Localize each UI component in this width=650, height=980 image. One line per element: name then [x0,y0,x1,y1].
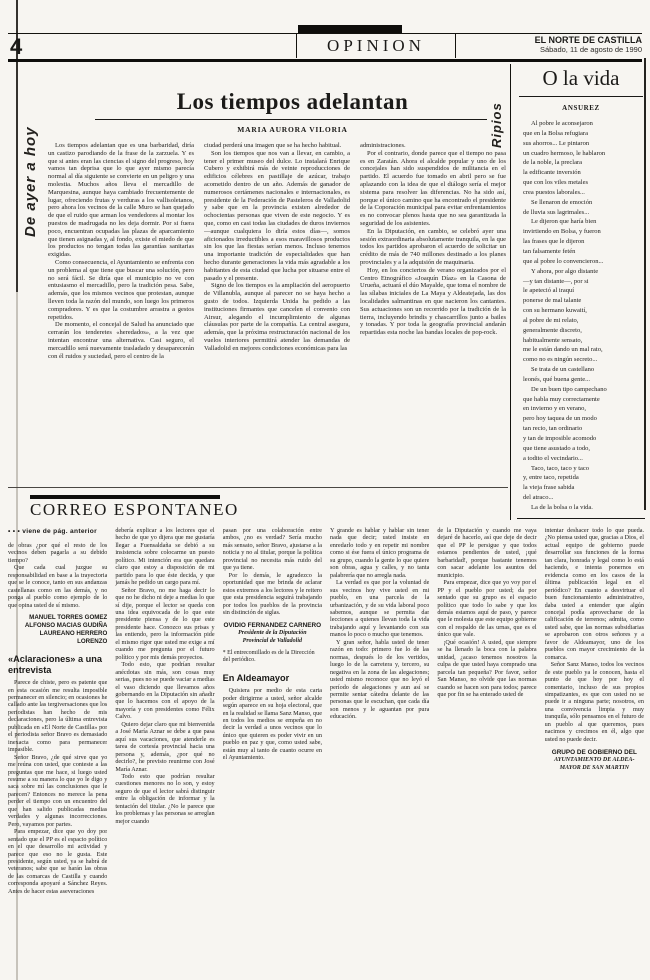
poem-line: ponerse de mal talante [523,296,645,306]
letter-paragraph: pasan por una colaboración entre ambos, … [223,527,322,572]
letter-paragraph: de la Diputación y cuando me vaya dejaré… [437,527,536,579]
poem-line: las frases que le dijeron [523,237,645,247]
letters-header-bar [30,495,220,499]
poem-line: un cuadro hermoso, le hablaron [523,149,645,159]
section-title: OPINION [327,36,425,56]
poem-line: al pobre de mi relato, [523,316,645,326]
letter-subhead: En Aldeamayor [223,673,322,684]
letter-paragraph: Señor Sanz Manso, todos los vecinos de e… [545,661,644,743]
letter-paragraph: Señor Bravo, ¿de qué sirve que yo me reú… [8,754,107,829]
article-paragraph: Los tiempos adelantan que es una barbari… [48,142,194,259]
letter-subhead: «Aclaraciones» a una entrevista [8,654,107,675]
signature-line: ALFONSO MACIAS GUDIÑA [8,622,107,630]
letter-signature: GRUPO DE GOBIERNO DELAYUNTAMIENTO DE ALD… [545,749,644,772]
verse-title: O la vida [517,66,645,91]
article-paragraph: En la Diputación, en cambio, se celebró … [360,228,506,267]
continued-from-note: • • • viene de pág. anterior [8,528,107,535]
header-black-bar [298,25,402,33]
poem-line: Al pobre le aconsejaron [523,119,645,129]
poem-line: a todito el vecindario... [523,454,645,464]
poem-line: leonés, qué buena gente... [523,375,645,385]
poem: Al pobre le aconsejaronque en la Bolsa r… [517,119,645,513]
article-paragraph: Por el contrario, donde parece que el ti… [360,150,506,228]
poem-line: que en la Bolsa refugiara [523,129,645,139]
letter-paragraph: Parece de chiste, pero es patente que en… [8,679,107,754]
signature-line: OVIDIO FERNANDEZ CARNERO [223,622,322,630]
letter-paragraph: debería explicar a los lectores que el h… [115,527,214,587]
article-body: Los tiempos adelantan que es una barbari… [48,142,506,484]
verse-bottom-rule [517,518,645,519]
poem-line: —y tan distante—, por si [523,277,645,287]
letter-paragraph: Todo esto, que podrían resultar anécdota… [115,661,214,721]
poem-line: crea puestos laborales... [523,188,645,198]
article-column-1: Los tiempos adelantan que es una barbari… [48,142,194,484]
article-paragraph: De momento, el concejal de Salud ha anun… [48,321,194,360]
poem-line: pero hoy taquea de un modo [523,414,645,424]
issue-date: Sábado, 11 de agosto de 1990 [535,45,642,54]
poem-line: generalmente discreto, [523,326,645,336]
signature-line: Provincial de Valladolid [223,638,322,645]
poem-line: Le dijeron que haría bien [523,217,645,227]
letter-paragraph: Y gran señor, habla usted de tener razón… [330,639,429,721]
poem-line: la edificante inversión [523,168,645,178]
letters-column-3: pasan por una colaboración entre ambos, … [223,527,322,975]
poem-line: con su hermano kuwaití, [523,306,645,316]
poem-line: la vieja frase sabida [523,483,645,493]
verse-title-rule [519,96,643,97]
poem-line: tan recio, tan ordinario [523,424,645,434]
section-title-box: OPINION [296,34,456,58]
poem-line: que al pobre lo convencieron... [523,257,645,267]
poem-line: y tan de imposible acomodo [523,434,645,444]
poem-line: Se trata de un castellano [523,365,645,375]
article-byline: MARIA AURORA VILORIA [100,125,485,134]
page-number: 4 [10,34,22,60]
article-paragraph: administraciones. [360,142,506,150]
poem-line: y, entre taco, repetida [523,473,645,483]
letters-column-2: debería explicar a los lectores que el h… [115,527,214,975]
newspaper-page: 4 OPINION EL NORTE DE CASTILLA Sábado, 1… [0,0,650,980]
letters-column-1: • • • viene de pág. anteriorde obras ¿po… [8,527,107,975]
letter-signature: OVIDIO FERNANDEZ CARNEROPresidente de la… [223,622,322,645]
letter-paragraph: de obras ¿por qué el resto de los vecino… [8,542,107,564]
vertical-label-de-ayer-a-hoy: De ayer a hoy [22,92,39,237]
poem-line: que con los viles metales [523,178,645,188]
letter-paragraph: Quiero dejar claro que mi bienvenida a J… [115,721,214,773]
poem-line: Se llenaron de emoción [523,198,645,208]
letter-signature: MANUEL TORRES GOMEZALFONSO MACIAS GUDIÑA… [8,614,107,646]
signature-line: GRUPO DE GOBIERNO DEL [545,749,644,757]
letter-paragraph: Todo esto que podrían resultar cuestione… [115,773,214,825]
article-column-3: administraciones.Por el contrario, donde… [360,142,506,484]
letters-column-5: de la Diputación y cuando me vaya dejaré… [437,527,536,975]
letter-paragraph: Quisiera por medio de esta carta poder d… [223,687,322,762]
article-column-2: ciudad perderá una imagen que se ha hech… [204,142,350,484]
poem-line: me le están dando un mal rato, [523,345,645,355]
letters-section-title: CORREO ESPONTANEO [30,500,239,520]
letter-paragraph: Para empezar, dice que yo voy por el PP … [437,579,536,639]
poem-line: La de la bolsa o la vida. [523,503,645,513]
letter-paragraph: Señor Bravo, no me haga decir lo que no … [115,587,214,662]
article-paragraph: ciudad perderá una imagen que se ha hech… [204,142,350,150]
article-paragraph: Signo de los tiempos es la ampliación de… [204,282,350,352]
letters-column-6: intentar deshacer todo lo que pueda. ¿No… [545,527,644,975]
signature-line: Presidente de la Diputación [223,630,322,637]
poem-line: invirtiendo en Bolsa, y fueron [523,227,645,237]
article-title: Los tiempos adelantan [100,89,485,115]
poem-line: habitualmente sensato, [523,336,645,346]
poem-line: en invierno y en verano, [523,404,645,414]
poem-line: como no es ningún secreto... [523,355,645,365]
article-paragraph: Son los tiempos que nos van a llevar, en… [204,150,350,283]
poem-line: de la noble, la preclara [523,158,645,168]
letters-body: • • • viene de pág. anteriorde obras ¿po… [8,527,644,975]
letter-paragraph: Para empezar, dice que yo doy por sentad… [8,828,107,895]
poem-line: que tiene asustado a todo, [523,444,645,454]
signature-line: MANUEL TORRES GOMEZ [8,614,107,622]
signature-line: MAYOR DE SAN MARTIN [545,765,644,772]
poem-line: de lluvia sus lagrimales... [523,208,645,218]
letter-paragraph: Que cada cual juzgue su responsabilidad … [8,564,107,609]
header-thick-rule [8,59,642,62]
article-paragraph: Como consecuencia, el Ayuntamiento se en… [48,259,194,321]
poem-line: Y ahora, por algo distante [523,267,645,277]
editor-footnote: * El entrecomillado es de la Dirección d… [223,650,322,664]
letter-paragraph: intentar deshacer todo lo que pueda. ¿No… [545,527,644,661]
signature-line: LAUREANO HERRERO LORENZO [8,630,107,646]
column-divider-rule [510,64,511,520]
vertical-label-ripios: Ripios [489,88,504,148]
poem-line: que habla muy correctamente [523,395,645,405]
poem-line: del atraco... [523,493,645,503]
verse-column: O la vida ANSUREZ Al pobre le aconsejaro… [517,66,645,513]
poem-line: De un buen tipo campechano [523,385,645,395]
poem-line: tan falsamente fetén [523,247,645,257]
letter-paragraph: Y grande es hablar y hablar sin tener na… [330,527,429,579]
letters-column-4: Y grande es hablar y hablar sin tener na… [330,527,429,975]
article-paragraph: Hoy, en los conciertos de verano organiz… [360,267,506,337]
masthead: EL NORTE DE CASTILLA Sábado, 11 de agost… [535,35,642,54]
letters-top-rule [8,487,508,488]
poem-line: sus ahorros... Le pintaron [523,139,645,149]
letter-paragraph: Por lo demás, le agradezco la oportunida… [223,572,322,617]
signature-line: AYUNTAMIENTO DE ALDEA- [545,757,644,764]
paper-name: EL NORTE DE CASTILLA [535,35,642,45]
article-title-rule [95,119,487,120]
verse-byline: ANSUREZ [517,104,645,112]
poem-line: le apeteció al iraquí [523,286,645,296]
letter-paragraph: ¡Qué ocasión! A usted, que siempre se ha… [437,639,536,699]
poem-line: Taco, taco, taco y taco [523,464,645,474]
letter-paragraph: La verdad es que por la voluntad de sus … [330,579,429,639]
